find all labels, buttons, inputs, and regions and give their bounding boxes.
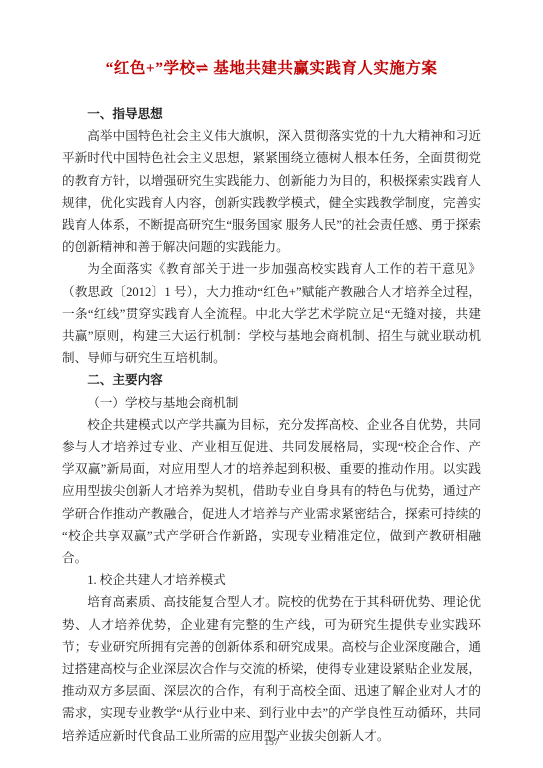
- section-heading-guiding-ideology: 一、指导思想: [62, 103, 481, 125]
- section-heading-main-content: 二、主要内容: [62, 369, 481, 391]
- paragraph-guiding-ideology-1: 高举中国特色社会主义伟大旗帜，深入贯彻落实党的十九大精神和习近平新时代中国特色社…: [62, 125, 481, 258]
- subheading-talent-training-model: 1. 校企共建人才培养模式: [62, 569, 481, 591]
- paragraph-talent-training-detail: 培育高素质、高技能复合型人才。院校的优势在于其科研优势、理论优势、人才培养优势，…: [62, 591, 481, 746]
- subheading-school-base-mechanism: （一）学校与基地会商机制: [62, 392, 481, 414]
- document-title: “红色+”学校⇌ 基地共建共赢实践育人实施方案: [62, 56, 481, 82]
- document-page: “红色+”学校⇌ 基地共建共赢实践育人实施方案 一、指导思想 高举中国特色社会主…: [0, 0, 543, 768]
- paragraph-school-enterprise-model: 校企共建模式以产学共赢为目标，充分发挥高校、企业各自优势，共同参与人才培养过专业…: [62, 414, 481, 569]
- paragraph-guiding-ideology-2: 为全面落实《教育部关于进一步加强高校实践育人工作的若干意见》（教思政〔2012〕…: [62, 258, 481, 369]
- page-number: 157: [0, 738, 543, 748]
